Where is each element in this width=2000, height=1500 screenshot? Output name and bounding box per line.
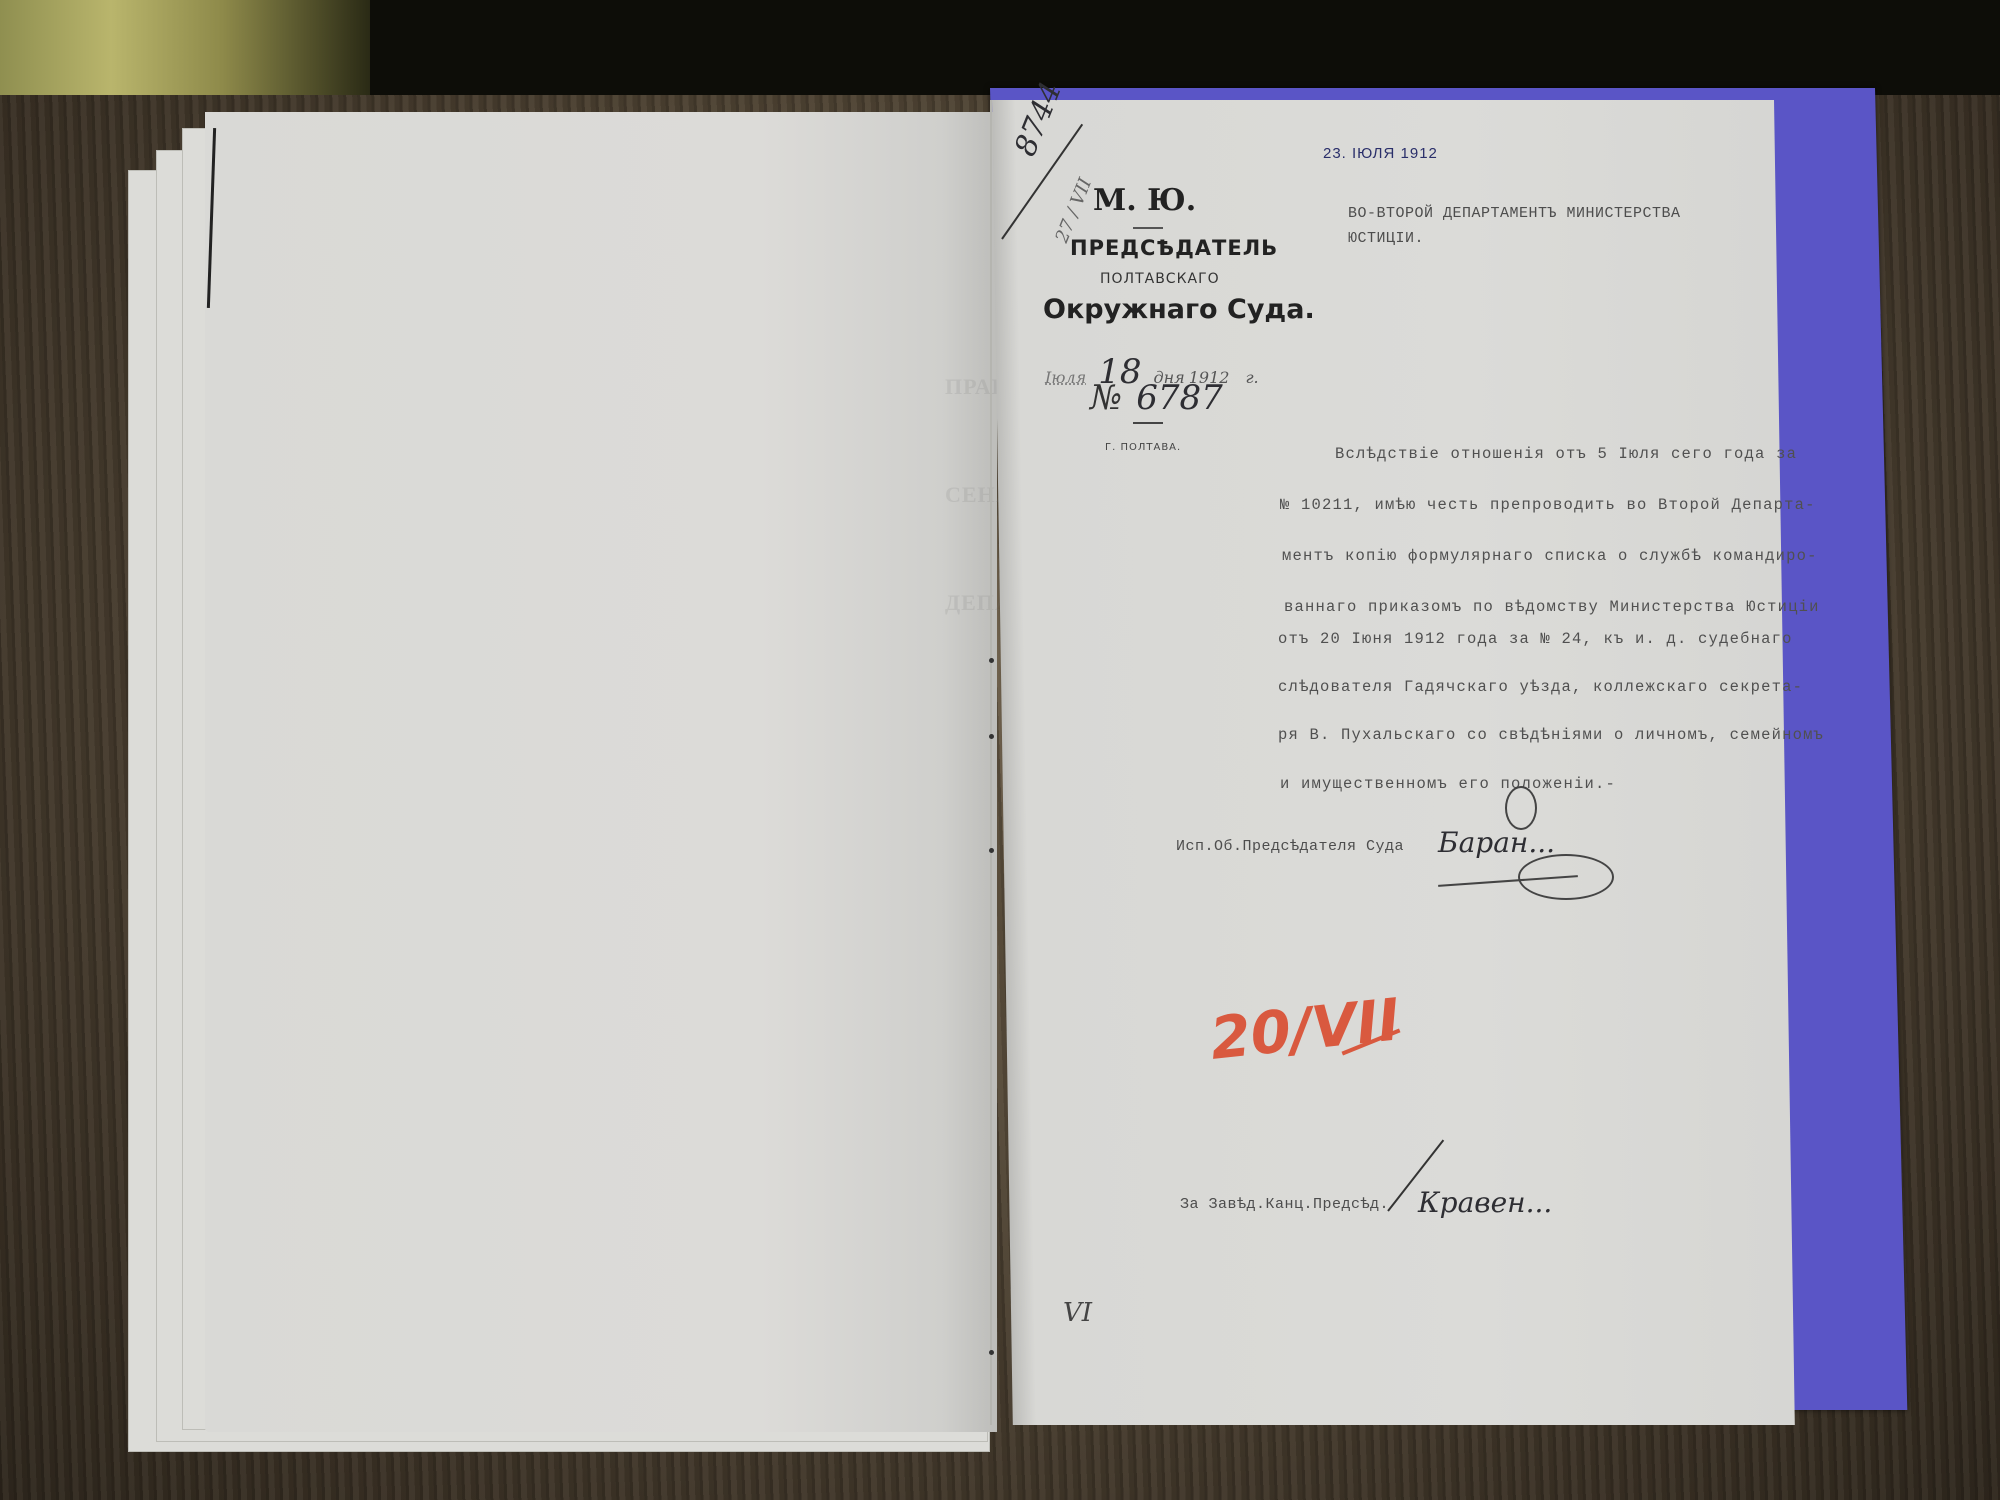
body-line: и имущественномъ его положеніи.- <box>1280 775 1616 793</box>
letterhead-divider <box>1133 227 1163 229</box>
signature-handwritten: Кравен... <box>1418 1186 1552 1219</box>
letterhead-ministry-abbr: М. Ю. <box>1093 183 1196 218</box>
stitch-hole-icon <box>989 658 994 663</box>
body-line: ваннаго приказомъ по вѣдомству Министерс… <box>1284 598 1820 616</box>
letterhead-outgoing-number: № 6787 <box>1090 378 1223 418</box>
number-label: № <box>1090 378 1122 418</box>
book-spine <box>990 100 992 1425</box>
folio-mark: VI <box>1063 1298 1092 1328</box>
signature-handwritten: Баран... <box>1438 826 1555 859</box>
signature-flourish-icon <box>1505 786 1537 830</box>
stitch-hole-icon <box>989 848 994 853</box>
body-line: № 10211, имѣю честь препроводить во Втор… <box>1280 496 1816 514</box>
stitch-hole-icon <box>989 1350 994 1355</box>
body-line: ментъ копію формулярнаго списка о службѣ… <box>1282 547 1818 565</box>
letterhead-subtitle: ПОЛТАВСКАГО <box>1100 271 1220 287</box>
background-lamp <box>0 0 370 95</box>
body-line: ря В. Пухальскаго со свѣдѣніями о личном… <box>1278 726 1824 744</box>
date-month: Іюля <box>1045 368 1086 387</box>
body-line: Вслѣдствіе отношенія отъ 5 Іюля сего год… <box>1335 445 1797 463</box>
letterhead-court-name: Окружнаго Суда. <box>1043 294 1315 325</box>
signature-label-acting-chairman: Исп.Об.Предсѣдателя Суда <box>1176 838 1404 855</box>
number-value-handwritten: 6787 <box>1136 378 1223 418</box>
addressee-line: ЮСТИЦІИ. <box>1348 230 1424 247</box>
signature-label-chancellery: За Завѣд.Канц.Предсѣд. <box>1180 1196 1389 1213</box>
received-date-stamp: 23. ІЮЛЯ 1912 <box>1323 145 1438 162</box>
date-suffix: г. <box>1245 368 1258 387</box>
stitch-hole-icon <box>989 734 994 739</box>
letterhead-divider <box>1133 422 1163 424</box>
left-page-blank: ПРАВИТЕЛЬСТВ СЕНАТ ДЕПАРТАМЕНТ <box>205 112 997 1432</box>
body-line: слѣдователя Гадячскаго уѣзда, коллежскаг… <box>1278 678 1803 696</box>
letterhead-title: ПРЕДСѢДАТЕЛЬ <box>1070 236 1278 260</box>
addressee-line: ВО-ВТОРОЙ ДЕПАРТАМЕНТЪ МИНИСТЕРСТВА <box>1348 205 1681 222</box>
letterhead-city: Г. ПОЛТАВА. <box>1105 442 1181 453</box>
body-line: отъ 20 Іюня 1912 года за № 24, къ и. д. … <box>1278 630 1793 648</box>
